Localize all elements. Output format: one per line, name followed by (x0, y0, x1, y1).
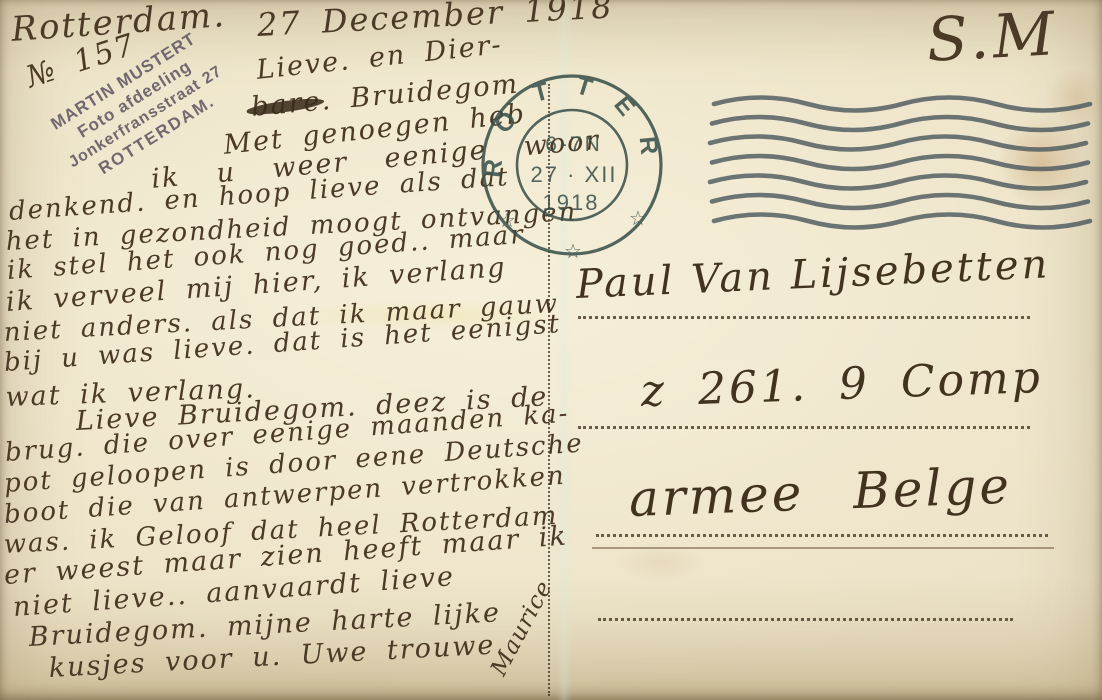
star-icon: ☆ (498, 210, 516, 232)
crossed-out-word: bare (250, 86, 323, 123)
wavy-line (712, 195, 1088, 208)
wavy-line (714, 215, 1090, 228)
wavy-line (710, 176, 1086, 189)
address-unit: z 261. 9 Comp (640, 352, 1044, 417)
paper-stain (595, 535, 725, 590)
postmark-date: 27 · XII (531, 162, 618, 187)
wavy-line (714, 98, 1090, 111)
address-dotted-line (578, 316, 1030, 319)
postcard: Rotterdam. 27 December 1918 № 157 MARTIN… (0, 0, 1102, 700)
wavy-line (710, 137, 1086, 150)
postmark: ROTTERDAM 6-7N 27 · XII 1918 ☆ ☆ ☆ (474, 67, 670, 263)
star-icon: ☆ (564, 241, 582, 263)
service-mark: S.M (925, 0, 1060, 76)
address-army: armee Belge (628, 457, 1013, 528)
postmark-year: 1918 (543, 190, 600, 215)
wavy-line (712, 156, 1088, 169)
address-underline (592, 547, 1054, 549)
star-icon: ☆ (629, 208, 647, 230)
address-dotted-line (598, 618, 1013, 621)
cancellation-waves (700, 88, 1098, 243)
address-dotted-line (578, 426, 1030, 429)
address-dotted-line (596, 534, 1048, 537)
wavy-line (712, 117, 1088, 130)
postmark-time: 6-7N (545, 133, 603, 156)
